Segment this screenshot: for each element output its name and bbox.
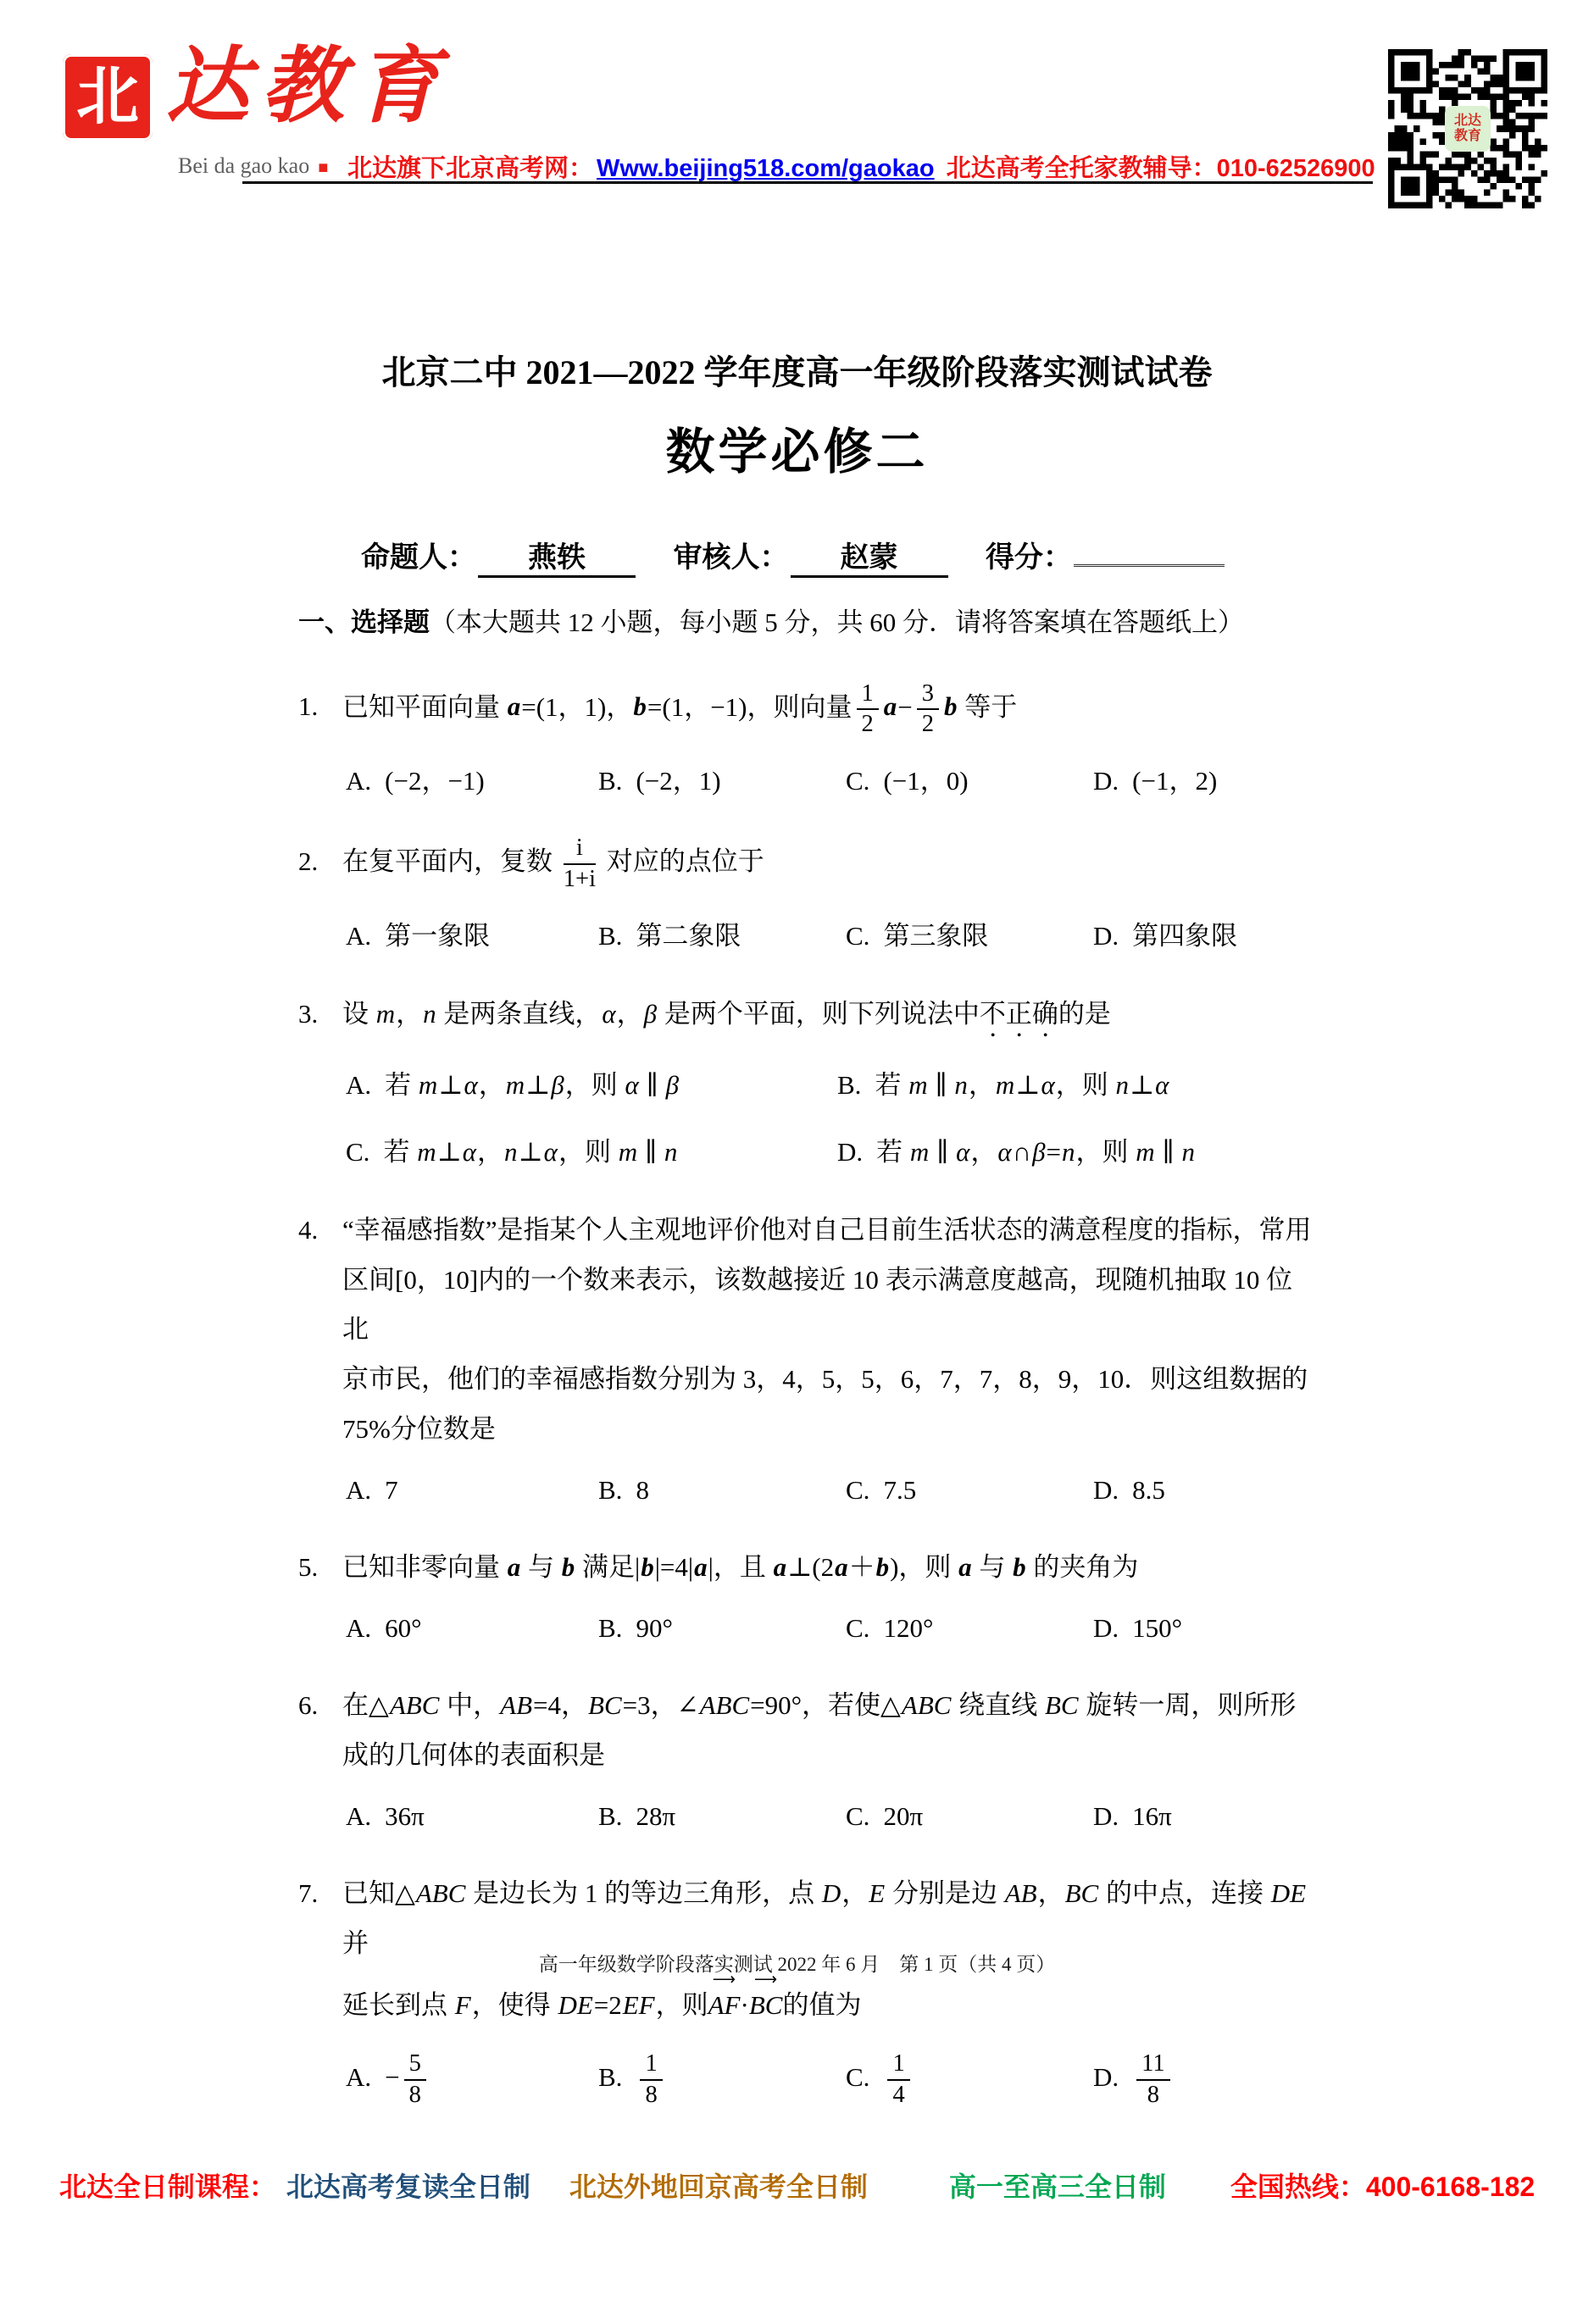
text-run: 成的几何体的表面积是: [342, 1740, 605, 1770]
brand-script-logo: 达教育: [166, 41, 451, 132]
math-var: DE: [1270, 1878, 1307, 1908]
math-var: α: [462, 1137, 477, 1167]
math-var: α: [955, 1137, 970, 1167]
math-var: n: [664, 1137, 679, 1167]
text-run: 已知非零向量: [342, 1552, 507, 1582]
question-stem: 6.在△ABC 中，AB=4，BC=3，∠ABC=90°，若使△ABC 绕直线 …: [298, 1681, 1315, 1781]
option-label: A.: [346, 1475, 371, 1505]
math-vector-var: b: [632, 691, 647, 721]
page-footer: 高一年级数学阶段落实测试 2022 年 6 月 第 1 页（共 4 页）: [0, 1949, 1594, 1977]
math-var: α: [1154, 1070, 1169, 1100]
text-run: ，则: [656, 1990, 708, 2020]
option-label: B.: [837, 1070, 861, 1100]
question-line: 区间[0，10]内的一个数来表示，该数越接近 10 表示满意度越高，现随机抽取 …: [298, 1256, 1315, 1356]
text-run: =: [1047, 1137, 1061, 1167]
math-var: α: [463, 1070, 478, 1100]
math-var: AB: [1004, 1878, 1038, 1908]
text-run: ⊥: [438, 1070, 463, 1100]
math-var: ABC: [415, 1878, 467, 1908]
text-run: 设: [342, 999, 375, 1029]
option-A: A.60°: [346, 1613, 598, 1644]
question-stem: 3.设 m，n 是两条直线，α，β 是两个平面，则下列说法中不正确的是: [298, 990, 1315, 1043]
option-D: D.16π: [1093, 1801, 1315, 1832]
vector-arrow: BC: [749, 1981, 783, 2031]
option-B: B.(−2，1): [598, 759, 846, 797]
question-list: 1.已知平面向量 a=(1，1)，b=(1，−1)，则向量12a−32b 等于A…: [298, 680, 1315, 2110]
option-D: D.若 m ∥ α，α∩β=n，则 m ∥ n: [837, 1130, 1315, 1168]
score-blank: [1074, 564, 1225, 567]
math-vector-var: b: [1012, 1552, 1027, 1582]
text-run: ⊥: [525, 1070, 550, 1100]
option-label: B.: [598, 1801, 622, 1831]
question-line: 延长到点 F，使得 DE=2EF，则AF·BC的值为: [298, 1969, 1315, 2031]
text-run: −: [385, 2062, 399, 2092]
math-var: m: [908, 1070, 928, 1100]
emphasized-text: 不正确: [980, 999, 1058, 1029]
question-line: 成的几何体的表面积是: [298, 1731, 1315, 1781]
option-B: B.90°: [598, 1613, 846, 1644]
text-run: 已知平面向量: [342, 691, 507, 721]
text-run: ，: [396, 999, 422, 1029]
banner-segment: 全国热线：400-6168-182: [1230, 2171, 1535, 2202]
math-var: α: [601, 999, 616, 1029]
text-run: 绕直线: [952, 1690, 1044, 1720]
option-C: C.7.5: [846, 1475, 1093, 1506]
text-run: ⊥: [437, 1137, 462, 1167]
text-run: 第一象限: [385, 921, 490, 951]
text-run: (−1，2): [1132, 766, 1217, 796]
text-run: 150°: [1132, 1613, 1182, 1643]
question-line: 5.已知非零向量 a 与 b 满足|b|=4|a|，且 a⊥(2a＋b)，则 a…: [298, 1543, 1315, 1593]
exam-page: 北 达教育 Bei da gao kao■ 北达旗下北京高考网：Www.beij…: [0, 0, 1594, 2324]
option-row: A.36πB.28πC.20πD.16π: [298, 1801, 1315, 1832]
text-run: ＋: [849, 1552, 875, 1582]
option-label: B.: [598, 1613, 622, 1643]
option-row: A.第一象限B.第二象限C.第三象限D.第四象限: [298, 914, 1315, 952]
math-var: AB: [499, 1690, 533, 1720]
option-label: D.: [837, 1137, 863, 1167]
math-vector-var: b: [561, 1552, 576, 1582]
text-run: ⊥: [1015, 1070, 1040, 1100]
text-run: ，使得: [472, 1990, 558, 2020]
text-run: 第二象限: [636, 921, 741, 951]
question-number: 3.: [298, 990, 342, 1040]
math-var: ABC: [389, 1690, 441, 1720]
math-var: n: [503, 1137, 519, 1167]
option-label: A.: [346, 921, 371, 951]
question-stem: 4.“幸福感指数”是指某个人主观地评价他对自己目前生活状态的满意程度的指标，常用…: [298, 1206, 1315, 1455]
score-label: 得分：: [986, 542, 1072, 574]
text-run: 等于: [958, 691, 1018, 721]
question-line: 75%分位数是: [298, 1405, 1315, 1455]
text-run: 的夹角为: [1027, 1552, 1139, 1582]
math-var: m: [416, 1137, 436, 1167]
text-run: ，则: [1056, 1070, 1115, 1100]
option-D: D.(−1，2): [1093, 759, 1315, 797]
math-var: β: [550, 1070, 564, 1100]
math-vector-var: a: [507, 691, 522, 721]
brand-seal-logo: 北: [63, 54, 153, 141]
text-run: 京市民，他们的幸福感指数分别为 3，4，5，5，6，7，7，8，9，10．则这组…: [342, 1364, 1308, 1394]
option-C: C.120°: [846, 1613, 1093, 1644]
math-var: EF: [622, 1990, 656, 2020]
banner-segment: 高一至高三全日制: [949, 2171, 1166, 2202]
math-var: BC: [1044, 1690, 1080, 1720]
option-label: D.: [1093, 2062, 1119, 2092]
question-2: 2.在复平面内，复数 i1+i 对应的点位于A.第一象限B.第二象限C.第三象限…: [298, 835, 1315, 952]
option-label: A.: [346, 1801, 371, 1831]
math-var: m: [995, 1070, 1015, 1100]
brand-romanized: Bei da gao kao■: [178, 153, 328, 179]
text-run: 在△: [342, 1690, 389, 1720]
option-B: B.28π: [598, 1801, 846, 1832]
tagline-label: 北达旗下北京高考网：: [347, 155, 593, 182]
text-run: =(1，1)，: [521, 691, 632, 721]
question-line: 6.在△ABC 中，AB=4，BC=3，∠ABC=90°，若使△ABC 绕直线 …: [298, 1681, 1315, 1731]
text-run: (−2，1): [636, 766, 720, 796]
text-run: 20π: [883, 1801, 923, 1831]
question-number: 6.: [298, 1681, 342, 1731]
math-var: BC: [1064, 1878, 1100, 1908]
text-run: 7.5: [883, 1475, 916, 1505]
qr-center-badge: 北达 教育: [1445, 106, 1491, 152]
math-var: ABC: [901, 1690, 953, 1720]
qr-code: 北达 教育: [1388, 49, 1547, 208]
text-run: ∥: [638, 1137, 664, 1167]
math-var: ABC: [699, 1690, 751, 1720]
text-run: 与: [521, 1552, 561, 1582]
red-square-icon: ■: [318, 158, 328, 177]
option-A: A.第一象限: [346, 914, 598, 952]
question-1: 1.已知平面向量 a=(1，1)，b=(1，−1)，则向量12a−32b 等于A…: [298, 680, 1315, 798]
text-run: ，则: [1076, 1137, 1136, 1167]
question-line: 4.“幸福感指数”是指某个人主观地评价他对自己目前生活状态的满意程度的指标，常用: [298, 1206, 1315, 1256]
question-line: 3.设 m，n 是两条直线，α，β 是两个平面，则下列说法中不正确的是: [298, 990, 1315, 1043]
math-vector-var: a: [834, 1552, 849, 1582]
text-run: (−2，−1): [385, 766, 485, 796]
math-var: m: [909, 1137, 930, 1167]
option-C: C.20π: [846, 1801, 1093, 1832]
math-var: α: [1040, 1070, 1055, 1100]
option-label: B.: [598, 921, 622, 951]
text-run: 60°: [385, 1613, 421, 1643]
text-run: ∥: [930, 1137, 955, 1167]
setter-label: 命题人：: [361, 542, 476, 574]
text-run: ·: [741, 1990, 749, 2020]
option-A: A.7: [346, 1475, 598, 1506]
question-line: 京市民，他们的幸福感指数分别为 3，4，5，5，6，7，7，8，9，10．则这组…: [298, 1355, 1315, 1405]
option-label: B.: [598, 2062, 622, 2092]
math-vector-var: b: [875, 1552, 891, 1582]
text-run: 7: [385, 1475, 398, 1505]
text-run: (−1，0): [883, 766, 968, 796]
subject-title: 数学必修二: [0, 412, 1594, 483]
gaokao-site-link[interactable]: Www.beijing518.com/gaokao: [597, 155, 935, 182]
text-run: 第四象限: [1132, 921, 1237, 951]
math-var: n: [953, 1070, 969, 1100]
option-label: C.: [846, 766, 869, 796]
option-B: B.若 m ∥ n，m⊥α，则 n⊥α: [837, 1063, 1315, 1101]
text-run: 若: [876, 1137, 909, 1167]
question-number: 4.: [298, 1206, 342, 1256]
text-run: 16π: [1132, 1801, 1172, 1831]
text-run: 区间[0，10]内的一个数来表示，该数越接近 10 表示满意度越高，现随机抽取 …: [342, 1265, 1292, 1345]
math-var: α: [997, 1137, 1012, 1167]
option-A: A.若 m⊥α，m⊥β，则 α ∥ β: [346, 1063, 837, 1101]
text-run: 是两个平面，则下列说法中: [658, 999, 980, 1029]
option-A: A.−58: [346, 2050, 598, 2110]
bottom-banner: 北达全日制课程：北达高考复读全日制北达外地回京高考全日制高一至高三全日制全国热线…: [0, 2166, 1594, 2205]
math-var: α: [543, 1137, 558, 1167]
question-stem: 5.已知非零向量 a 与 b 满足|b|=4|a|，且 a⊥(2a＋b)，则 a…: [298, 1543, 1315, 1593]
question-number: 2.: [298, 837, 342, 887]
question-stem: 1.已知平面向量 a=(1，1)，b=(1，−1)，则向量12a−32b 等于: [298, 680, 1315, 740]
math-var: m: [375, 999, 396, 1029]
math-var: n: [1114, 1070, 1130, 1100]
text-run: =2: [594, 1990, 622, 2020]
content-column: 一、选择题（本大题共 12 小题，每小题 5 分，共 60 分．请将答案填在答题…: [298, 603, 1315, 2110]
text-run: 90°: [636, 1613, 672, 1643]
option-label: D.: [1093, 921, 1119, 951]
brand-seal-char: 北: [76, 66, 139, 129]
math-vector-var: a: [693, 1552, 708, 1582]
header-divider: [242, 181, 1373, 184]
option-B: B.18: [598, 2050, 846, 2110]
option-label: D.: [1093, 766, 1119, 796]
option-label: C.: [846, 1613, 869, 1643]
fraction: 18: [640, 2050, 662, 2110]
section-heading-note: （本大题共 12 小题，每小题 5 分，共 60 分．请将答案填在答题纸上）: [430, 607, 1244, 637]
math-vector-var: a: [883, 691, 898, 721]
text-run: 已知△: [342, 1878, 415, 1908]
option-label: C.: [846, 921, 869, 951]
option-label: D.: [1093, 1475, 1119, 1505]
text-run: 是两条直线，: [437, 999, 602, 1029]
math-var: β: [1031, 1137, 1046, 1167]
text-run: ，则: [565, 1070, 625, 1100]
math-var: α: [624, 1070, 639, 1100]
math-vector-var: b: [640, 1552, 655, 1582]
fraction: 32: [917, 680, 939, 740]
option-B: B.第二象限: [598, 914, 846, 952]
math-var: n: [1061, 1137, 1076, 1167]
question-number: 1.: [298, 682, 342, 732]
option-row: A.(−2，−1)B.(−2，1)C.(−1，0)D.(−1，2): [298, 759, 1315, 797]
setter-name-blank: 燕轶: [478, 534, 636, 578]
math-var: D: [821, 1878, 841, 1908]
text-run: 与: [973, 1552, 1013, 1582]
math-vector-var: a: [958, 1552, 973, 1582]
exam-title: 北京二中 2021—2022 学年度高一年级阶段落实测试试卷: [0, 346, 1594, 394]
text-run: 的是: [1058, 999, 1111, 1029]
text-run: =4，: [533, 1690, 587, 1720]
question-line: 2.在复平面内，复数 i1+i 对应的点位于: [298, 835, 1315, 894]
text-run: ，则: [558, 1137, 618, 1167]
question-stem: 2.在复平面内，复数 i1+i 对应的点位于: [298, 835, 1315, 894]
banner-segment: 北达高考复读全日制: [286, 2171, 530, 2202]
text-run: 满足|: [575, 1552, 640, 1582]
math-var: n: [422, 999, 437, 1029]
text-run: ，: [479, 1070, 505, 1100]
math-vector-var: a: [507, 1552, 522, 1582]
option-label: A.: [346, 766, 371, 796]
text-run: −: [897, 691, 912, 721]
option-label: C.: [846, 2062, 869, 2092]
option-label: C.: [846, 1475, 869, 1505]
text-run: 是边长为 1 的等边三角形，点: [466, 1878, 821, 1908]
text-run: 对应的点位于: [600, 846, 764, 876]
text-run: 中，: [440, 1690, 499, 1720]
text-run: ∩: [1013, 1137, 1031, 1167]
question-number: 7.: [298, 1869, 342, 1919]
text-run: “幸福感指数”是指某个人主观地评价他对自己目前生活状态的满意程度的指标，常用: [342, 1215, 1312, 1245]
option-C: C.第三象限: [846, 914, 1093, 952]
text-run: ，: [970, 1137, 997, 1167]
option-B: B.8: [598, 1475, 846, 1506]
option-A: A.(−2，−1): [346, 759, 598, 797]
option-label: B.: [598, 766, 622, 796]
text-run: =3，∠: [623, 1690, 699, 1720]
text-run: 若: [383, 1137, 416, 1167]
text-run: 8.5: [1132, 1475, 1165, 1505]
text-run: 的中点，连接: [1099, 1878, 1270, 1908]
text-run: 120°: [883, 1613, 933, 1643]
math-var: BC: [587, 1690, 623, 1720]
text-run: ，: [477, 1137, 503, 1167]
option-label: A.: [346, 1613, 371, 1643]
option-D: D.8.5: [1093, 1475, 1315, 1506]
text-run: 延长到点: [342, 1990, 454, 2020]
question-line: 1.已知平面向量 a=(1，1)，b=(1，−1)，则向量12a−32b 等于: [298, 680, 1315, 740]
text-run: ，: [969, 1070, 995, 1100]
option-label: A.: [346, 2062, 371, 2092]
question-3: 3.设 m，n 是两条直线，α，β 是两个平面，则下列说法中不正确的是A.若 m…: [298, 990, 1315, 1168]
option-label: D.: [1093, 1801, 1119, 1831]
text-run: 第三象限: [883, 921, 988, 951]
option-A: A.36π: [346, 1801, 598, 1832]
text-run: ∥: [1156, 1137, 1181, 1167]
text-run: |=4|: [655, 1552, 693, 1582]
question-6: 6.在△ABC 中，AB=4，BC=3，∠ABC=90°，若使△ABC 绕直线 …: [298, 1681, 1315, 1832]
math-vector-var: a: [773, 1552, 788, 1582]
text-run: 28π: [636, 1801, 675, 1831]
question-number: 5.: [298, 1543, 342, 1593]
math-var: DE: [557, 1990, 593, 2020]
option-label: C.: [346, 1137, 369, 1167]
reviewer-name-blank: 赵蒙: [791, 534, 948, 578]
text-run: 若: [385, 1070, 418, 1100]
text-run: ⊥: [519, 1137, 543, 1167]
math-var: F: [454, 1990, 472, 2020]
option-label: B.: [598, 1475, 622, 1505]
meta-line: 命题人：燕轶 审核人：赵蒙 得分：: [0, 534, 1594, 578]
math-var: m: [618, 1137, 638, 1167]
section-heading-title: 一、选择题: [298, 607, 430, 637]
option-D: D.118: [1093, 2050, 1315, 2110]
option-row: A.7B.8C.7.5D.8.5: [298, 1475, 1315, 1506]
text-run: |，且: [708, 1552, 773, 1582]
text-run: =90°，若使△: [750, 1690, 901, 1720]
section-heading: 一、选择题（本大题共 12 小题，每小题 5 分，共 60 分．请将答案填在答题…: [298, 603, 1315, 643]
option-C: C.14: [846, 2050, 1093, 2110]
text-run: ⊥(2: [787, 1552, 834, 1582]
header-tagline: 北达旗下北京高考网：Www.beijing518.com/gaokao北达高考全…: [347, 149, 1373, 184]
math-var: β: [643, 999, 658, 1029]
option-row: A.60°B.90°C.120°D.150°: [298, 1613, 1315, 1644]
text-run: 在复平面内，复数: [342, 846, 559, 876]
math-var: m: [505, 1070, 525, 1100]
fraction: 58: [404, 2050, 426, 2110]
option-C: C.若 m⊥α，n⊥α，则 m ∥ n: [346, 1130, 837, 1168]
option-C: C.(−1，0): [846, 759, 1093, 797]
banner-segment: 北达全日制课程：: [59, 2171, 276, 2202]
fraction: 14: [887, 2050, 909, 2110]
text-run: ，: [841, 1878, 868, 1908]
text-run: ，: [1038, 1878, 1064, 1908]
option-label: A.: [346, 1070, 371, 1100]
text-run: =(1，−1)，则向量: [647, 691, 853, 721]
text-run: ，: [617, 999, 643, 1029]
fraction: 118: [1136, 2050, 1169, 2110]
text-run: 75%分位数是: [342, 1414, 496, 1444]
text-run: 若: [875, 1070, 908, 1100]
vector-arrow: AF: [708, 1981, 741, 2031]
text-run: 分别是边: [886, 1878, 1004, 1908]
banner-segment: 北达外地回京高考全日制: [569, 2171, 868, 2202]
math-var: β: [665, 1070, 680, 1100]
text-run: ∥: [929, 1070, 954, 1100]
question-4: 4.“幸福感指数”是指某个人主观地评价他对自己目前生活状态的满意程度的指标，常用…: [298, 1206, 1315, 1506]
tagline-phone: 北达高考全托家教辅导：010-62526900: [947, 155, 1375, 182]
text-run: 的值为: [782, 1990, 861, 2020]
option-row: A.−58B.18C.14D.118: [298, 2050, 1315, 2110]
text-run: 36π: [385, 1801, 425, 1831]
option-label: D.: [1093, 1613, 1119, 1643]
reviewer-label: 审核人：: [674, 542, 789, 574]
math-var: m: [418, 1070, 438, 1100]
fraction: 12: [857, 680, 879, 740]
math-var: E: [868, 1878, 886, 1908]
question-5: 5.已知非零向量 a 与 b 满足|b|=4|a|，且 a⊥(2a＋b)，则 a…: [298, 1543, 1315, 1644]
math-vector-var: b: [943, 691, 958, 721]
option-row: A.若 m⊥α，m⊥β，则 α ∥ βB.若 m ∥ n，m⊥α，则 n⊥αC.…: [298, 1063, 1315, 1168]
text-run: )，则: [890, 1552, 958, 1582]
text-run: ∥: [640, 1070, 665, 1100]
question-7: 7.已知△ABC 是边长为 1 的等边三角形，点 D，E 分别是边 AB，BC …: [298, 1869, 1315, 2110]
math-var: m: [1135, 1137, 1155, 1167]
math-var: n: [1180, 1137, 1196, 1167]
option-D: D.第四象限: [1093, 914, 1315, 952]
text-run: 8: [636, 1475, 649, 1505]
fraction: i1+i: [564, 835, 596, 894]
text-run: ⊥: [1130, 1070, 1154, 1100]
option-D: D.150°: [1093, 1613, 1315, 1644]
text-run: 旋转一周，则所形: [1080, 1690, 1297, 1720]
option-label: C.: [846, 1801, 869, 1831]
